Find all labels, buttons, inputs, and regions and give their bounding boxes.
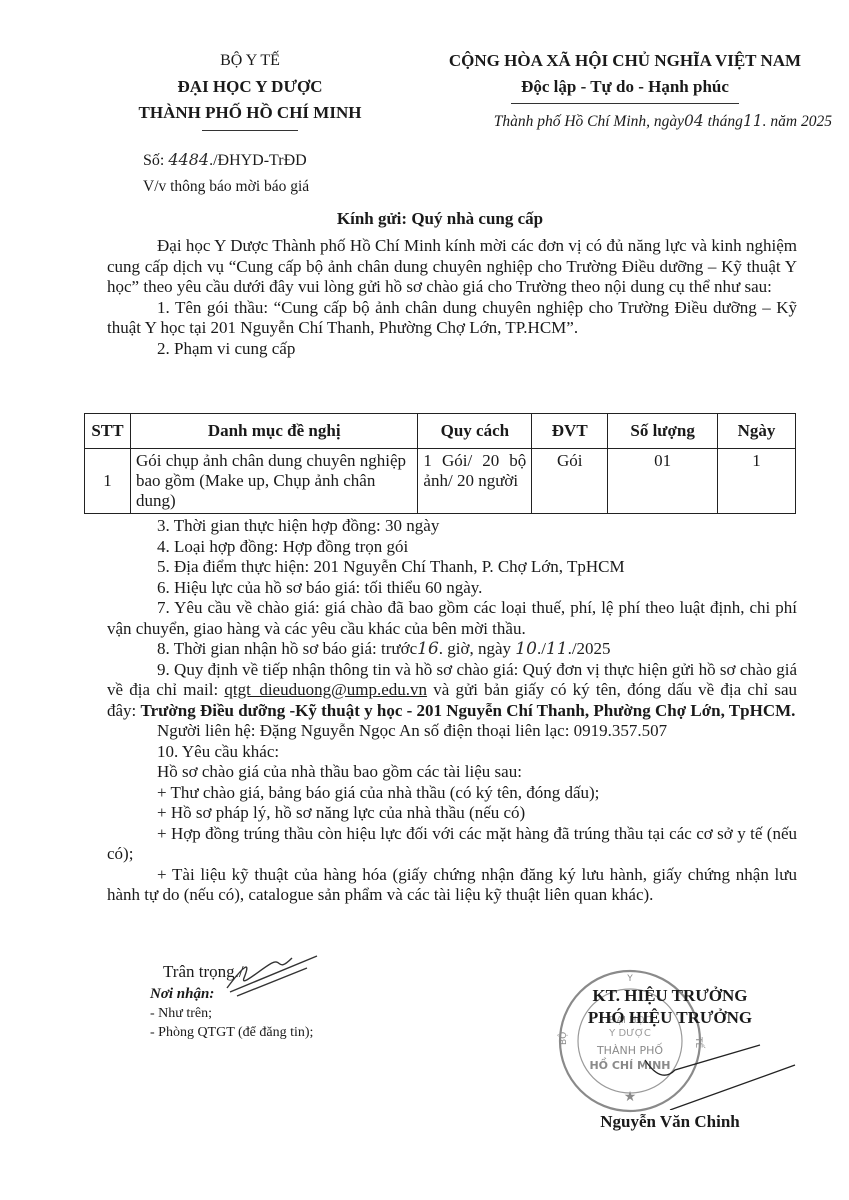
deadline-hour-handwritten: 16 [417,639,439,659]
university-name-line1: ĐẠI HỌC Y DƯỢC [100,74,400,100]
requirement-bullet: + Hồ sơ pháp lý, hồ sơ năng lực của nhà … [107,803,797,824]
deadline-day-handwritten: 10 [515,639,537,659]
ministry-name: BỘ Y TẾ [100,48,400,74]
national-motto: Độc lập - Tự do - Hạnh phúc [410,74,840,100]
recipient-item: - Phòng QTGT (để đăng tin); [150,1023,313,1042]
cell-stt: 1 [85,449,131,514]
deadline-sep: ./ [537,639,546,658]
number-label: Số: [143,152,168,169]
table-header-row: STT Danh mục đề nghị Quy cách ĐVT Số lượ… [85,414,796,449]
document-number: Số: 4484./ĐHYD-TrĐD [143,150,307,170]
item-10-intro: Hồ sơ chào giá của nhà thầu bao gồm các … [107,762,797,783]
signature-icon [640,1040,800,1110]
recipient-item: - Như trên; [150,1004,313,1023]
document-date: Thành phố Hồ Chí Minh, ngày04 tháng11. n… [400,112,840,131]
recipients-block: Nơi nhận: - Như trên; - Phòng QTGT (để đ… [150,985,313,1042]
item-10-title: 10. Yêu cầu khác: [107,742,797,763]
body-terms-section: 3. Thời gian thực hiện hợp đồng: 30 ngày… [107,516,797,906]
issuer-header: BỘ Y TẾ ĐẠI HỌC Y DƯỢC THÀNH PHỐ HỒ CHÍ … [100,48,400,131]
salutation: Kính gửi: Quý nhà cung cấp [80,209,800,229]
signatory-title-line2: PHÓ HIỆU TRƯỞNG [560,1007,780,1029]
signatory-title-block: KT. HIỆU TRƯỞNG PHÓ HIỆU TRƯỞNG [560,985,780,1029]
col-header-unit: ĐVT [532,414,608,449]
date-month-label: tháng [708,113,743,130]
item-3-duration: 3. Thời gian thực hiện hợp đồng: 30 ngày [107,516,797,537]
national-header: CỘNG HÒA XÃ HỘI CHỦ NGHĨA VIỆT NAM Độc l… [410,48,840,104]
date-year: . năm 2025 [763,113,832,130]
scope-table: STT Danh mục đề nghị Quy cách ĐVT Số lượ… [84,413,796,514]
intro-paragraph: Đại học Y Dược Thành phố Hồ Chí Minh kín… [107,236,797,298]
recipients-title: Nơi nhận: [150,985,313,1004]
deadline-prefix: 8. Thời gian nhận hồ sơ báo giá: trước [157,639,417,658]
date-prefix: Thành phố Hồ Chí Minh, ngày [494,113,684,130]
deadline-month-handwritten: 11 [546,639,568,659]
svg-text:Y: Y [626,974,633,984]
signatory-title-line1: KT. HIỆU TRƯỞNG [560,985,780,1007]
cell-unit: Gói [532,449,608,514]
university-name-line2: THÀNH PHỐ HỒ CHÍ MINH [100,100,400,126]
signer-name: Nguyễn Văn Chinh [560,1112,780,1132]
svg-text:★: ★ [624,1090,637,1105]
contact-person: Người liên hệ: Đặng Nguyễn Ngọc An số đi… [107,721,797,742]
col-header-spec: Quy cách [418,414,532,449]
requirement-bullet: + Thư chào giá, bảng báo giá của nhà thầ… [107,783,797,804]
deadline-year: ./2025 [568,639,611,658]
col-header-days: Ngày [718,414,796,449]
number-suffix: ./ĐHYD-TrĐD [209,152,307,169]
document-subject: V/v thông báo mời báo giá [143,178,309,196]
col-header-quantity: Số lượng [608,414,718,449]
cell-quantity: 01 [608,449,718,514]
requirement-bullet: + Hợp đồng trúng thầu còn hiệu lực đối v… [107,824,797,865]
table-row: 1 Gói chụp ảnh chân dung chuyên nghiệp b… [85,449,796,514]
header-right-underline [511,103,739,104]
item-2-scope: 2. Phạm vi cung cấp [107,339,797,360]
item-8-deadline: 8. Thời gian nhận hồ sơ báo giá: trước16… [107,639,797,660]
svg-text:Y DƯỢC: Y DƯỢC [608,1028,651,1039]
cell-spec: 1 Gói/ 20 bộ ảnh/ 20 người [418,449,532,514]
cell-days: 1 [718,449,796,514]
item-5-location: 5. Địa điểm thực hiện: 201 Nguyễn Chí Th… [107,557,797,578]
col-header-stt: STT [85,414,131,449]
cell-item: Gói chụp ảnh chân dung chuyên nghiệp bao… [130,449,417,514]
svg-text:BỘ: BỘ [557,1032,569,1045]
requirement-bullet: + Tài liệu kỹ thuật của hàng hóa (giấy c… [107,865,797,906]
item-4-contract-type: 4. Loại hợp đồng: Hợp đồng trọn gói [107,537,797,558]
item-7-quote-requirements: 7. Yêu cầu về chào giá: giá chào đã bao … [107,598,797,639]
header-left-underline [202,130,298,131]
country-name: CỘNG HÒA XÃ HỘI CHỦ NGHĨA VIỆT NAM [410,48,840,74]
item-9-submission: 9. Quy định về tiếp nhận thông tin và hồ… [107,660,797,722]
number-handwritten: 4484 [168,150,209,169]
col-header-item: Danh mục đề nghị [130,414,417,449]
item-1-package-name: 1. Tên gói thầu: “Cung cấp bộ ảnh chân d… [107,298,797,339]
deadline-mid: . giờ, ngày [439,639,516,658]
email-link[interactable]: qtgt_dieuduong@ump.edu.vn [224,680,427,699]
submission-address: Trường Điều dưỡng -Kỹ thuật y học - 201 … [141,701,796,720]
date-day-handwritten: 04 [684,112,704,130]
item-6-validity: 6. Hiệu lực của hồ sơ báo giá: tối thiểu… [107,578,797,599]
body-intro-section: Đại học Y Dược Thành phố Hồ Chí Minh kín… [107,236,797,359]
date-month-handwritten: 11 [743,112,763,130]
